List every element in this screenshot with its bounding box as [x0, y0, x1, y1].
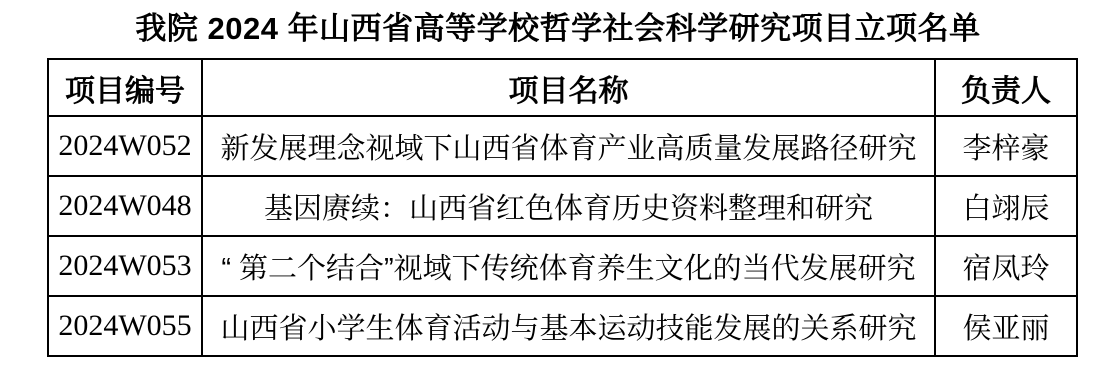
project-name-cell: 山西省小学生体育活动与基本运动技能发展的关系研究 [202, 296, 935, 356]
project-code-cell: 2024W055 [48, 296, 202, 356]
project-code-cell: 2024W052 [48, 116, 202, 176]
col-header-project-code: 项目编号 [48, 59, 202, 116]
project-name-cell: “ 第二个结合”视域下传统体育养生文化的当代发展研究 [202, 236, 935, 296]
project-code-cell: 2024W053 [48, 236, 202, 296]
leader-cell: 李梓豪 [935, 116, 1077, 176]
col-header-leader: 负责人 [935, 59, 1077, 116]
col-header-project-name: 项目名称 [202, 59, 935, 116]
table-row: 2024W048 基因赓续：山西省红色体育历史资料整理和研究 白翊辰 [48, 176, 1077, 236]
projects-table: 项目编号 项目名称 负责人 2024W052 新发展理念视域下山西省体育产业高质… [47, 58, 1078, 357]
project-name-cell: 新发展理念视域下山西省体育产业高质量发展路径研究 [202, 116, 935, 176]
table-row: 2024W052 新发展理念视域下山西省体育产业高质量发展路径研究 李梓豪 [48, 116, 1077, 176]
page-title: 我院 2024 年山西省高等学校哲学社会科学研究项目立项名单 [0, 10, 1116, 48]
leader-cell: 白翊辰 [935, 176, 1077, 236]
table-row: 2024W055 山西省小学生体育活动与基本运动技能发展的关系研究 侯亚丽 [48, 296, 1077, 356]
table-header-row: 项目编号 项目名称 负责人 [48, 59, 1077, 116]
document-page: 我院 2024 年山西省高等学校哲学社会科学研究项目立项名单 项目编号 项目名称… [0, 0, 1116, 383]
table-row: 2024W053 “ 第二个结合”视域下传统体育养生文化的当代发展研究 宿凤玲 [48, 236, 1077, 296]
leader-cell: 侯亚丽 [935, 296, 1077, 356]
leader-cell: 宿凤玲 [935, 236, 1077, 296]
project-code-cell: 2024W048 [48, 176, 202, 236]
project-name-cell: 基因赓续：山西省红色体育历史资料整理和研究 [202, 176, 935, 236]
